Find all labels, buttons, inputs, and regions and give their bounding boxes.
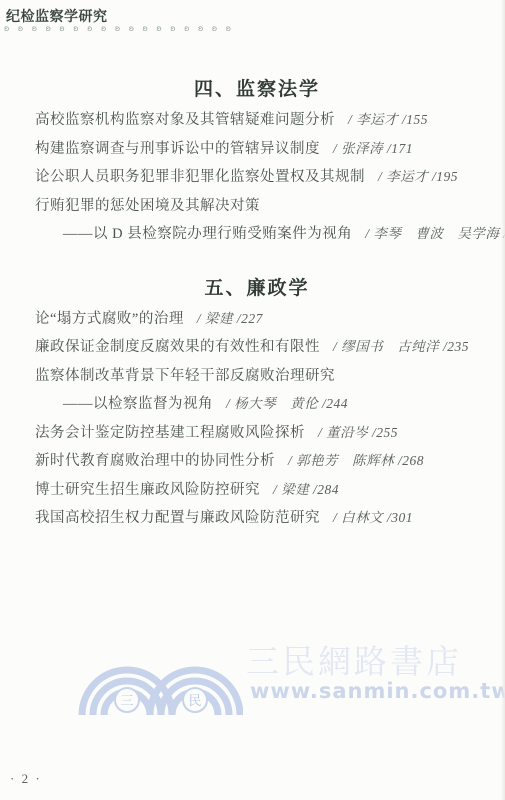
entry-authors-page: / 董沿岑 /255 [318,425,398,440]
entry-title-line: 廉政保证金制度反腐效果的有效性和有限性/ 缪国书 古纯洋 /235 [35,333,479,362]
book-page: 纪检监察学研究 ʚ ʚ ʚ ʚ ʚ ʚ ʚ ʚ ʚ ʚ ʚ ʚ ʚ ʚ ʚ ʚ … [0,0,505,800]
entry-title-line: 监察体制改革背景下年轻干部反腐败治理研究 [35,362,479,391]
decorative-border: ʚ ʚ ʚ ʚ ʚ ʚ ʚ ʚ ʚ ʚ ʚ ʚ ʚ ʚ ʚ ʚ ʚ [4,24,234,33]
section-heading: 四、监察法学 [35,78,479,102]
toc-entry: 法务会计鉴定防控基建工程腐败风险探析/ 董沿岑 /255 [35,419,479,448]
toc-entry: 高校监察机构监察对象及其管辖疑难问题分析/ 李运才 /155 [35,106,479,135]
entry-title-line: 法务会计鉴定防控基建工程腐败风险探析/ 董沿岑 /255 [35,419,479,448]
entry-title: 行贿犯罪的惩处困境及其解决对策 [35,198,260,214]
entry-title-line: 论“塌方式腐败”的治理/ 梁建 /227 [35,305,479,334]
toc-entry: 廉政保证金制度反腐效果的有效性和有限性/ 缪国书 古纯洋 /235 [35,333,479,362]
entry-title-line: 我国高校招生权力配置与廉政风险防范研究/ 白林文 /301 [35,504,479,533]
entry-title-line: 行贿犯罪的惩处困境及其解决对策 [35,192,479,221]
toc-entry: 监察体制改革背景下年轻干部反腐败治理研究——以检察监督为视角/ 杨大琴 黄伦 /… [35,362,479,419]
page-number: · 2 · [10,771,42,787]
entry-authors-page: / 李琴 曹波 吴学海 /211 [365,226,505,241]
entry-authors-page: / 张泽涛 /171 [333,141,413,156]
entry-authors-page: / 杨大琴 黄伦 /244 [226,396,348,411]
entry-title: 论公职人员职务犯罪非犯罪化监察处置权及其规制 [35,169,365,185]
entry-title: 新时代教育腐败治理中的协同性分析 [35,453,275,469]
entry-title: 构建监察调查与刑事诉讼中的管辖异议制度 [35,141,320,157]
entry-title: 高校监察机构监察对象及其管辖疑难问题分析 [35,112,335,128]
toc-entry: 行贿犯罪的惩处困境及其解决对策——以 D 县检察院办理行贿受贿案件为视角/ 李琴… [35,192,479,249]
entry-subtitle-line: ——以 D 县检察院办理行贿受贿案件为视角/ 李琴 曹波 吴学海 /211 [63,220,479,249]
entry-authors-page: / 白林文 /301 [333,510,413,525]
toc-entry: 论公职人员职务犯罪非犯罪化监察处置权及其规制/ 李运才 /195 [35,163,479,192]
entry-subtitle: ——以 D 县检察院办理行贿受贿案件为视角 [63,226,352,242]
logo-char-right: 民 [188,693,201,708]
logo-char-left: 三 [120,693,133,708]
toc-entry: 我国高校招生权力配置与廉政风险防范研究/ 白林文 /301 [35,504,479,533]
sanmin-arches-logo-icon: 三 民 [78,634,243,716]
entry-authors-page: / 缪国书 古纯洋 /235 [333,339,469,354]
entry-authors-page: / 梁建 /227 [197,311,263,326]
running-head-book-title: 纪检监察学研究 [6,6,108,26]
toc-entry: 博士研究生招生廉政风险防控研究/ 梁建 /284 [35,476,479,505]
entry-title-line: 博士研究生招生廉政风险防控研究/ 梁建 /284 [35,476,479,505]
entry-authors-page: / 李运才 /155 [348,112,428,127]
bookstore-name-watermark: 三民網路書店 [246,636,462,683]
entry-title: 监察体制改革背景下年轻干部反腐败治理研究 [35,368,335,384]
toc-entry: 构建监察调查与刑事诉讼中的管辖异议制度/ 张泽涛 /171 [35,135,479,164]
entry-title-line: 论公职人员职务犯罪非犯罪化监察处置权及其规制/ 李运才 /195 [35,163,479,192]
toc: 四、监察法学高校监察机构监察对象及其管辖疑难问题分析/ 李运才 /155构建监察… [35,78,479,533]
bookstore-url-watermark: www.sanmin.com.tw [250,679,505,703]
entry-title-line: 新时代教育腐败治理中的协同性分析/ 郭艳芳 陈辉林 /268 [35,447,479,476]
entry-subtitle: ——以检察监督为视角 [63,396,213,412]
entry-title-line: 高校监察机构监察对象及其管辖疑难问题分析/ 李运才 /155 [35,106,479,135]
entry-title: 法务会计鉴定防控基建工程腐败风险探析 [35,425,305,441]
toc-entry: 新时代教育腐败治理中的协同性分析/ 郭艳芳 陈辉林 /268 [35,447,479,476]
entry-title: 博士研究生招生廉政风险防控研究 [35,482,260,498]
entry-title: 论“塌方式腐败”的治理 [35,311,184,327]
entry-title: 我国高校招生权力配置与廉政风险防范研究 [35,510,320,526]
bookstore-watermark: 三 民 三民網路書店 www.sanmin.com.tw [78,628,482,720]
entry-authors-page: / 李运才 /195 [378,169,458,184]
entry-authors-page: / 郭艳芳 陈辉林 /268 [288,453,424,468]
toc-entry: 论“塌方式腐败”的治理/ 梁建 /227 [35,305,479,334]
entry-title: 廉政保证金制度反腐效果的有效性和有限性 [35,339,320,355]
section-heading: 五、廉政学 [35,277,479,301]
entry-subtitle-line: ——以检察监督为视角/ 杨大琴 黄伦 /244 [63,390,479,419]
entry-title-line: 构建监察调查与刑事诉讼中的管辖异议制度/ 张泽涛 /171 [35,135,479,164]
entry-authors-page: / 梁建 /284 [273,482,339,497]
